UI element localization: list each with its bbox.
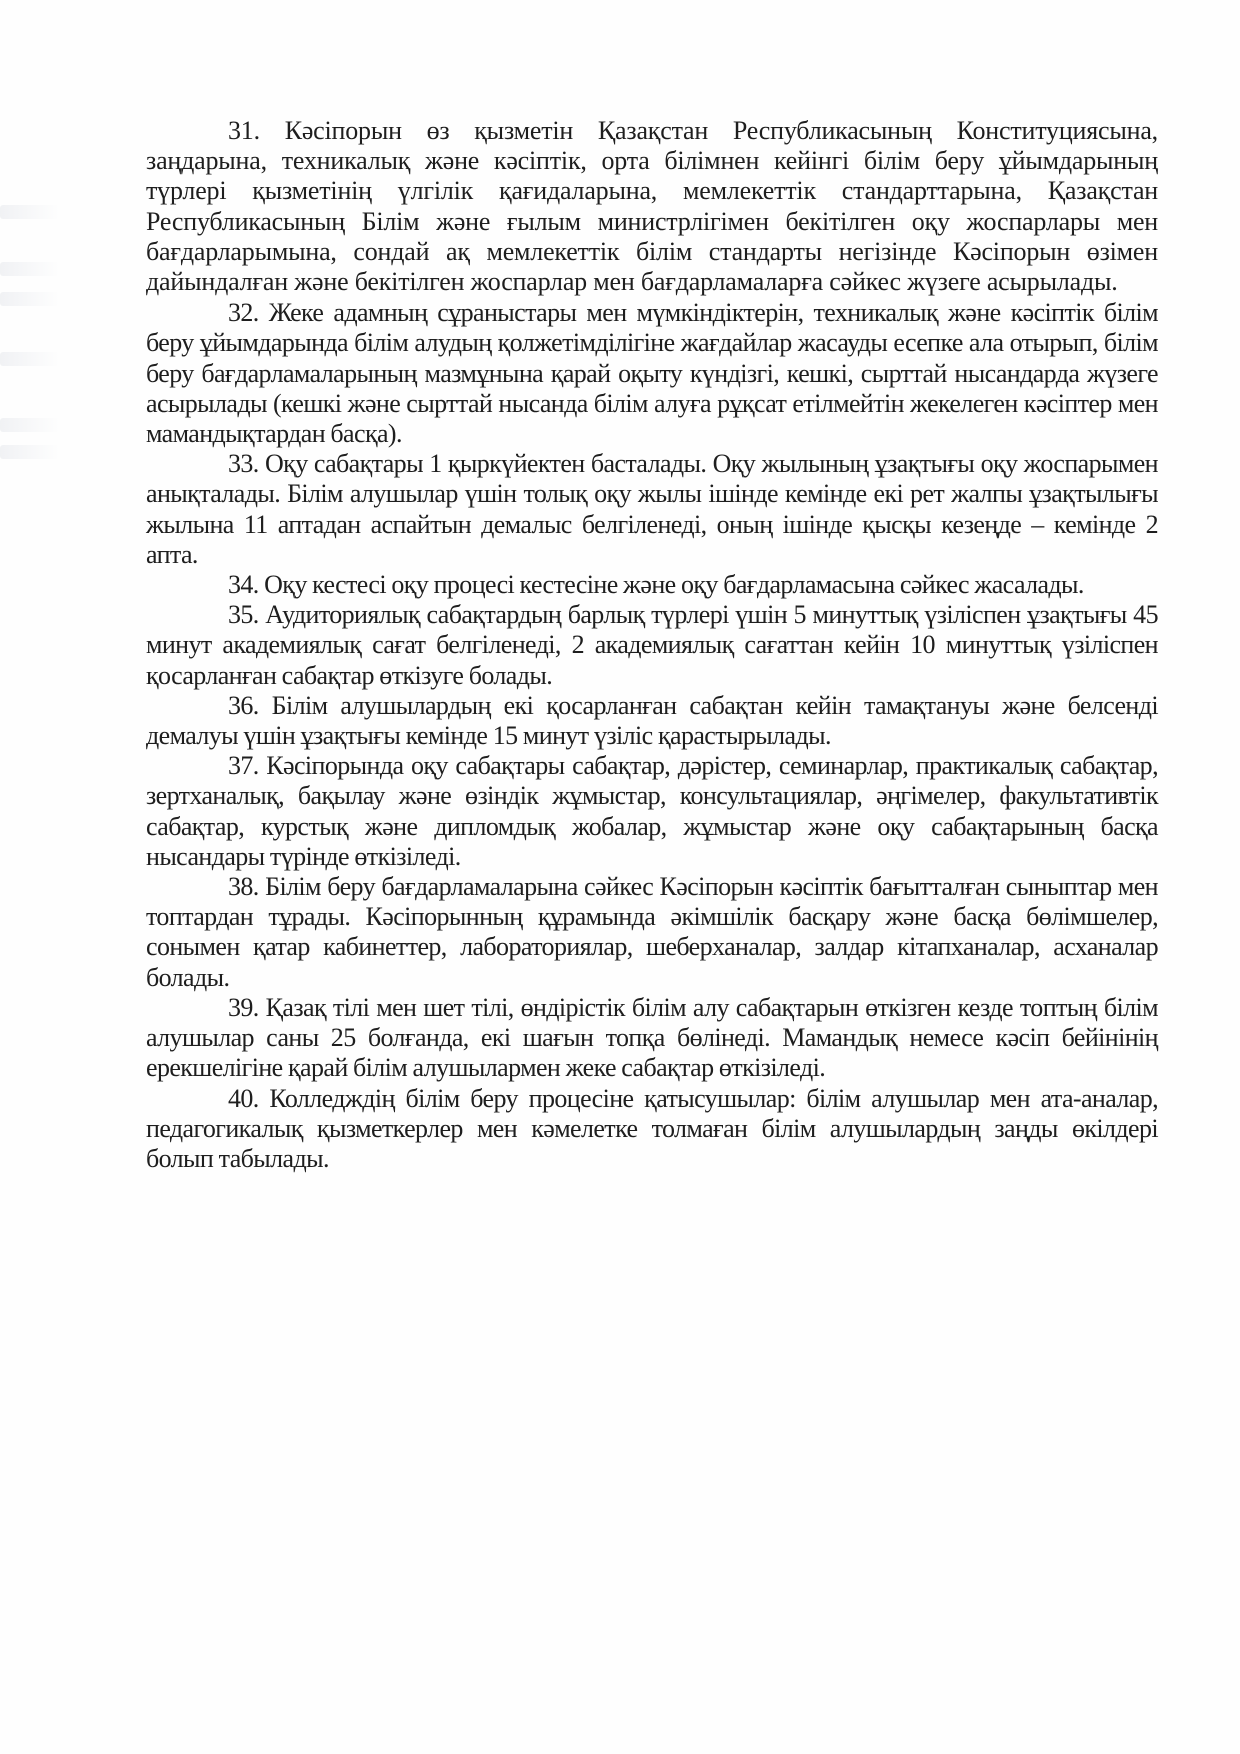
paragraph-number: 31. <box>228 116 260 145</box>
scan-artifact <box>0 352 60 366</box>
paragraph-number: 38. <box>228 872 259 901</box>
paragraph-text: Кәсіпорында оқу сабақтары сабақтар, дәрі… <box>146 751 1158 871</box>
paragraph-39: 39. Қазақ тілі мен шет тілі, өндірістік … <box>146 993 1158 1084</box>
paragraph-text: Аудиториялық сабақтардың барлық түрлері … <box>146 600 1158 689</box>
paragraph-text: Оқу сабақтары 1 қыркүйектен басталады. О… <box>146 449 1158 569</box>
paragraph-number: 33. <box>228 449 259 478</box>
paragraph-40: 40. Колледждің білім беру процесіне қаты… <box>146 1084 1158 1175</box>
paragraph-text: Жеке адамның сұраныстары мен мүмкіндікте… <box>146 298 1158 448</box>
paragraph-37: 37. Кәсіпорында оқу сабақтары сабақтар, … <box>146 751 1158 872</box>
scan-artifact <box>0 445 60 459</box>
paragraph-31: 31. Кәсіпорын өз қызметін Қазақстан Респ… <box>146 116 1158 297</box>
scan-artifact <box>0 292 60 306</box>
paragraph-number: 37. <box>228 751 259 780</box>
paragraph-number: 40. <box>228 1084 259 1113</box>
paragraph-text: Қазақ тілі мен шет тілі, өндірістік білі… <box>146 993 1158 1082</box>
scan-artifact <box>0 418 60 432</box>
paragraph-text: Кәсіпорын өз қызметін Қазақстан Республи… <box>146 116 1158 296</box>
paragraph-text: Білім беру бағдарламаларына сәйкес Кәсіп… <box>146 872 1158 992</box>
paragraph-text: Білім алушылардың екі қосарланған сабақт… <box>146 691 1158 750</box>
document-body: 31. Кәсіпорын өз қызметін Қазақстан Респ… <box>146 116 1158 1174</box>
paragraph-number: 35. <box>228 600 259 629</box>
paragraph-32: 32. Жеке адамның сұраныстары мен мүмкінд… <box>146 298 1158 449</box>
scan-artifact <box>0 262 60 276</box>
scan-artifact <box>0 205 60 219</box>
paragraph-number: 34. <box>228 570 259 599</box>
paragraph-35: 35. Аудиториялық сабақтардың барлық түрл… <box>146 600 1158 691</box>
paragraph-text: Оқу кестесі оқу процесі кестесіне және о… <box>264 570 1084 599</box>
paragraph-number: 36. <box>228 691 259 720</box>
paragraph-36: 36. Білім алушылардың екі қосарланған са… <box>146 691 1158 751</box>
scanned-page: 31. Кәсіпорын өз қызметін Қазақстан Респ… <box>0 0 1240 1754</box>
paragraph-text: Колледждің білім беру процесіне қатысушы… <box>146 1084 1158 1173</box>
paragraph-38: 38. Білім беру бағдарламаларына сәйкес К… <box>146 872 1158 993</box>
paragraph-number: 32. <box>228 298 259 327</box>
paragraph-number: 39. <box>228 993 259 1022</box>
paragraph-33: 33. Оқу сабақтары 1 қыркүйектен басталад… <box>146 449 1158 570</box>
paragraph-34: 34. Оқу кестесі оқу процесі кестесіне жә… <box>146 570 1158 600</box>
